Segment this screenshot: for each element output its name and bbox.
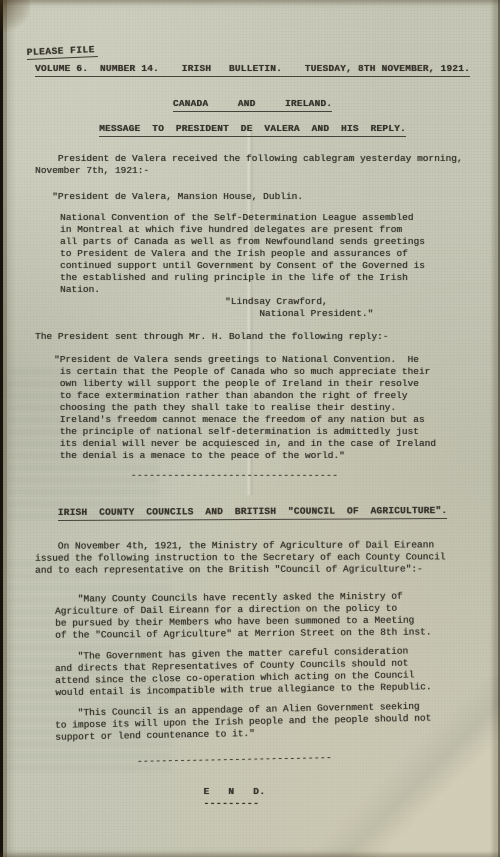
page-edge-bottom — [0, 851, 500, 857]
cablegram-salutation: "President de Valera, Mansion House, Dub… — [35, 191, 470, 203]
please-file-stamp: PLEASE FILE — [26, 43, 98, 60]
article1-title: CANADA AND IRELAND. — [173, 98, 332, 112]
masthead-volume-number: VOLUME 6. NUMBER 14. — [35, 62, 159, 75]
page-edge-left — [0, 0, 16, 857]
end-mark: E N D. --------- — [203, 786, 265, 810]
end-underline-dashes: --------- — [203, 798, 259, 809]
page-edge-right — [490, 0, 500, 857]
article1-subtitle-row: MESSAGE TO PRESIDENT DE VALERA AND HIS R… — [35, 123, 470, 137]
stamp-row: PLEASE FILE — [35, 46, 470, 60]
instruction-paragraph-2: "The Government has given the matter car… — [35, 645, 471, 700]
instruction-paragraph-3: "This Council is an appendage of an Alie… — [35, 700, 471, 744]
page-content: PLEASE FILE VOLUME 6. NUMBER 14. IRISH B… — [0, 0, 500, 810]
end-row: E N D. --------- — [17, 786, 452, 810]
page-edge-top — [0, 0, 500, 6]
article1-intro-paragraph: President de Valera received the followi… — [35, 153, 470, 177]
cablegram-body: National Convention of the Self-Determin… — [35, 212, 470, 296]
page-corner-shadow — [0, 0, 30, 34]
article1-subtitle: MESSAGE TO PRESIDENT DE VALERA AND HIS R… — [99, 123, 406, 137]
masthead-date: TUESDAY, 8TH NOVEMBER, 1921. — [305, 62, 470, 75]
section-divider-1: ---------------------------------- — [17, 470, 452, 482]
article2-title: IRISH COUNTY COUNCILS AND BRITISH "COUNC… — [58, 505, 448, 521]
masthead-title: IRISH BULLETIN. — [182, 62, 282, 75]
article2-title-row: IRISH COUNTY COUNCILS AND BRITISH "COUNC… — [35, 505, 470, 521]
section-divider-2: -------------------------------- — [17, 750, 452, 770]
instruction-paragraph-1: "Many County Councils have recently aske… — [35, 590, 470, 642]
article1-title-row: CANADA AND IRELAND. — [35, 98, 470, 112]
article2-intro-paragraph: On November 4th, 1921, the Ministry of A… — [35, 539, 470, 577]
masthead: VOLUME 6. NUMBER 14. IRISH BULLETIN. TUE… — [35, 62, 470, 77]
reply-body: "President de Valera sends greetings to … — [35, 354, 470, 462]
scanned-document-page: PLEASE FILE VOLUME 6. NUMBER 14. IRISH B… — [0, 0, 500, 857]
reply-intro-paragraph: The President sent through Mr. H. Boland… — [35, 331, 470, 343]
cablegram-signature: "Lindsay Crawford, National President." — [35, 296, 470, 320]
end-label: E N D. — [203, 786, 265, 797]
